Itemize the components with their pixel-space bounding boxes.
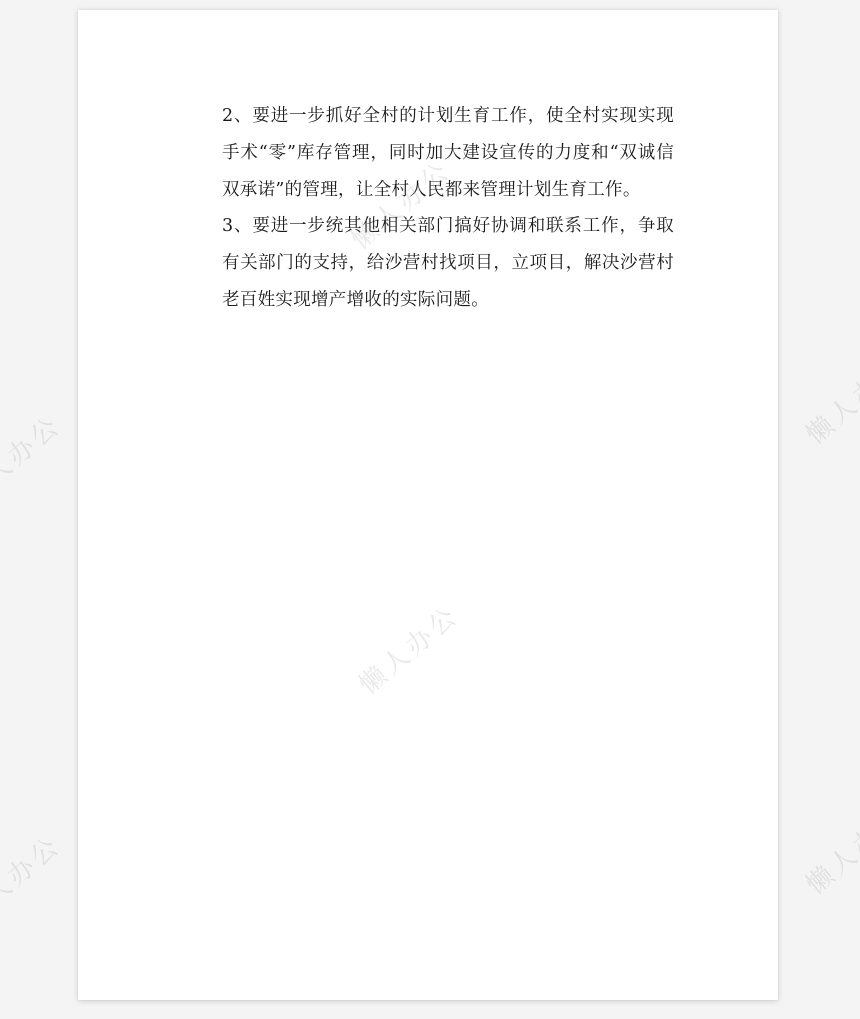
watermark: 懒人办公: [797, 346, 860, 451]
watermark: 懒人办公: [0, 826, 68, 931]
document-page: 2、要进一步抓好全村的计划生育工作，使全村实现实现手术“零”库存管理，同时加大建…: [78, 10, 778, 1000]
watermark: 懒人办公: [0, 406, 68, 511]
paragraph-item-2: 2、要进一步抓好全村的计划生育工作，使全村实现实现手术“零”库存管理，同时加大建…: [222, 98, 674, 208]
document-body: 2、要进一步抓好全村的计划生育工作，使全村实现实现手术“零”库存管理，同时加大建…: [222, 98, 674, 319]
paragraph-item-3: 3、要进一步统其他相关部门搞好协调和联系工作，争取有关部门的支持，给沙营村找项目…: [222, 208, 674, 318]
watermark: 懒人办公: [797, 796, 860, 901]
